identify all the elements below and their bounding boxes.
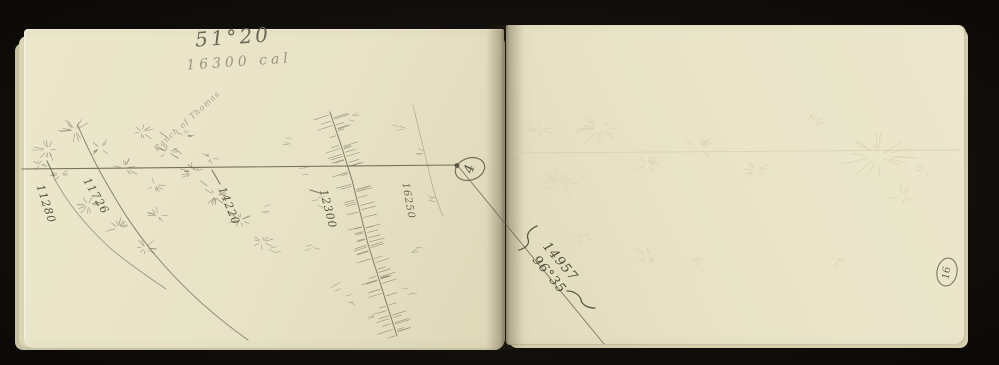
page-number: 16 (941, 266, 953, 280)
book-gutter (486, 25, 524, 350)
notebook-scan: 51°20 16300 cal 11280 11726 14220 12300 … (0, 0, 999, 365)
right-page (506, 25, 966, 345)
